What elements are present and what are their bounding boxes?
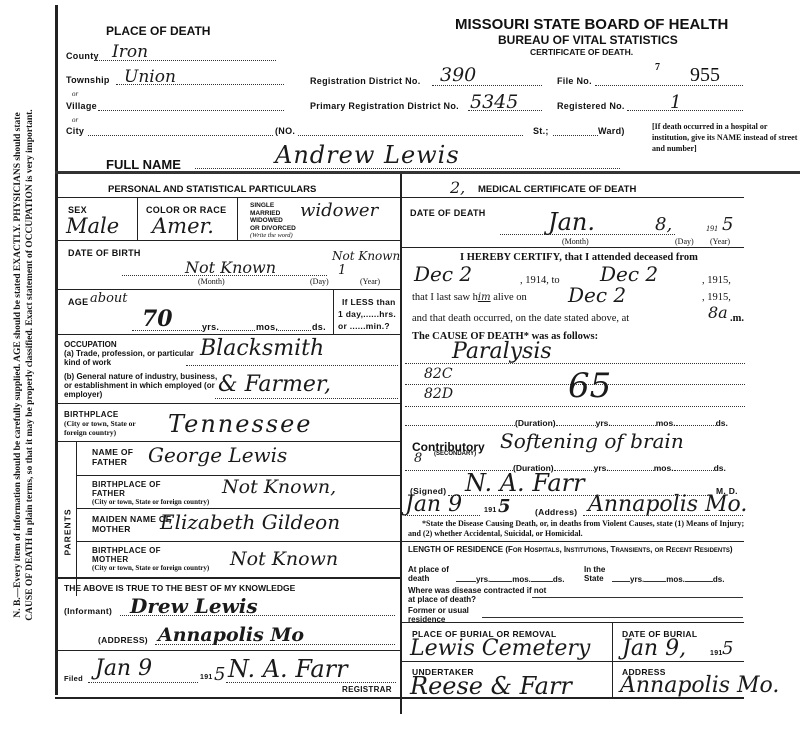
divider <box>401 622 744 623</box>
undertaker-value: Reese & Farr <box>410 672 572 700</box>
informant-label: (Informant) <box>64 606 112 616</box>
file-no-value: 955 <box>690 64 720 87</box>
full-name-label: FULL NAME <box>106 157 181 172</box>
cause-code-classification: 65 <box>568 366 611 406</box>
filed-date-value: Jan 9 <box>95 656 152 681</box>
industry-value: & Farmer, <box>218 372 331 397</box>
occupation-field <box>186 365 398 366</box>
death-year-value: 5 <box>722 214 733 235</box>
signed-year-value: 5 <box>498 496 511 517</box>
last-saw-mid: alive on <box>493 292 527 303</box>
header-certificate: CERTIFICATE OF DEATH. <box>530 47 633 57</box>
divider <box>58 577 400 579</box>
bottom-divider <box>401 697 744 699</box>
center-divider <box>400 174 402 714</box>
street-label: St.; <box>533 126 549 136</box>
attended-from-value: Dec 2 <box>414 262 472 286</box>
registered-no-value: 1 <box>670 92 681 113</box>
primary-district-value: 5345 <box>470 91 518 113</box>
father-birthplace-value: Not Known, <box>222 476 336 498</box>
race-value: Amer. <box>152 214 214 238</box>
divider <box>58 403 400 404</box>
attended-to-year: , 1915, <box>702 275 731 286</box>
burial-date-value: Jan 9, <box>622 636 686 661</box>
filed-label: Filed <box>64 674 83 683</box>
married-label: MARRIED <box>250 210 296 218</box>
informant-value: Drew Lewis <box>130 594 258 618</box>
divider <box>58 334 400 335</box>
divider <box>333 290 334 334</box>
divider <box>58 240 400 241</box>
village-field <box>98 110 284 111</box>
last-saw-prefix: that I last saw h <box>412 292 478 303</box>
day-caption: (Day) <box>310 277 329 286</box>
signed-year-prefix: 191 <box>484 507 497 514</box>
divider <box>401 541 744 542</box>
mos-label: mos. <box>666 575 685 584</box>
divider <box>58 441 400 442</box>
street-no-label: (NO. <box>275 126 295 136</box>
father-birthplace-label: BIRTHPLACE OF FATHER <box>92 481 192 498</box>
registrar-signature: N. A. Farr <box>228 655 348 683</box>
divider <box>401 197 744 198</box>
father-name-label: NAME OF FATHER <box>92 448 152 467</box>
side-instruction-note: N. B.—Every item of information should b… <box>12 15 52 715</box>
last-saw-year: , 1915, <box>702 292 731 303</box>
divider <box>77 541 400 542</box>
cause-of-death-value: Paralysis <box>452 339 552 364</box>
divider <box>58 289 400 290</box>
burial-year-value: 5 <box>722 638 733 659</box>
mos-label: mos. <box>256 322 278 332</box>
hospital-note: [If death occurred in a hospital or inst… <box>652 121 800 154</box>
occupation-a-sublabel: (a) Trade, profession, or particular kin… <box>64 349 194 367</box>
bottom-divider <box>55 697 400 699</box>
township-label: Township <box>66 75 110 85</box>
village-label: Village <box>66 101 97 111</box>
primary-district-label: Primary Registration District No. <box>310 101 459 111</box>
cause-line-1 <box>405 363 745 364</box>
dob-day-value: 1 <box>338 263 346 278</box>
mother-birthplace-label: BIRTHPLACE OF MOTHER <box>92 547 192 564</box>
burial-year-prefix: 191 <box>710 650 723 657</box>
header-subtitle: BUREAU OF VITAL STATISTICS <box>498 33 678 47</box>
age-years-value: 70 <box>142 306 173 332</box>
divider <box>401 247 744 248</box>
age-qualifier: about <box>90 291 128 306</box>
file-no-label: File No. <box>557 76 592 86</box>
father-birthplace-sublabel: (City or town, State or foreign country) <box>92 498 209 506</box>
township-value: Union <box>124 67 176 87</box>
occupation-value: Blacksmith <box>200 336 324 361</box>
month-caption: (Month) <box>198 277 225 286</box>
ds-label: ds. <box>716 418 728 428</box>
year-caption: (Year) <box>710 237 730 246</box>
write-word-note: (Write the word) <box>250 232 296 240</box>
parents-label: PARENTS <box>63 509 73 556</box>
registered-no-field <box>627 110 743 111</box>
left-border <box>55 5 58 695</box>
registrar-label: REGISTRAR <box>342 685 392 694</box>
occupation-label: OCCUPATION <box>64 340 194 349</box>
or-text: or <box>72 116 78 124</box>
physician-address-value: Annapolis Mo. <box>588 492 747 517</box>
cause-line-3 <box>405 406 745 407</box>
dob-year-value: Not Known <box>332 249 400 263</box>
cause-code-2: 82D <box>424 386 453 402</box>
if-less-than-label: If LESS than <box>342 297 396 307</box>
county-value: Iron <box>112 42 148 62</box>
certify-text: I HEREBY CERTIFY, that I attended deceas… <box>460 252 698 263</box>
mos-label: mos. <box>656 418 676 428</box>
full-name-value: Andrew Lewis <box>275 141 460 169</box>
dob-label: DATE OF BIRTH <box>68 248 141 258</box>
yrs-label: yrs. <box>594 463 609 473</box>
last-saw-line: that I last saw him alive on <box>412 292 527 303</box>
contracted-field <box>532 597 743 598</box>
yrs-label: yrs. <box>476 575 490 584</box>
side-note-line-1: N. B.—Every item of information should b… <box>12 15 24 715</box>
death-year-prefix: 191 <box>706 224 718 233</box>
day-caption: (Day) <box>675 237 694 246</box>
sex-value: Male <box>66 214 119 238</box>
physician-address-label: (Address) <box>535 507 577 517</box>
duration-label: (Duration) <box>515 418 556 428</box>
parents-divider <box>76 441 77 596</box>
registration-district-label: Registration District No. <box>310 76 421 86</box>
ds-label: ds. <box>714 463 726 473</box>
mother-birthplace-sublabel: (City or town, State or foreign country) <box>92 564 209 572</box>
dob-month-value: Not Known <box>185 258 276 277</box>
widowed-label: WIDOWED <box>250 217 296 225</box>
ward-field <box>553 135 598 136</box>
yrs-label: yrs. <box>596 418 611 428</box>
ward-label: Ward) <box>598 126 625 136</box>
personal-heading: PERSONAL AND STATISTICAL PARTICULARS <box>108 184 316 195</box>
occupation-b-label: (b) General nature of industry, business… <box>64 372 219 399</box>
divider <box>58 197 400 198</box>
age-months-field <box>220 330 255 331</box>
death-month-value: Jan. <box>548 208 595 236</box>
year-caption: (Year) <box>360 277 380 286</box>
marital-value: widower <box>300 200 378 221</box>
date-of-death-label: DATE OF DEATH <box>410 208 486 218</box>
age-label: AGE <box>68 297 88 307</box>
physician-signature: N. A. Farr <box>465 469 585 497</box>
informant-heading: THE ABOVE IS TRUE TO THE BEST OF MY KNOW… <box>64 583 295 593</box>
mos-label: mos. <box>654 463 674 473</box>
contracted-label: Where was disease contracted if not at p… <box>408 586 548 604</box>
at-place-duration: yrs.mos.ds. <box>456 575 564 584</box>
medical-section-number: 2, <box>450 178 465 197</box>
occurred-suffix: .m. <box>730 313 744 324</box>
undertaker-address-value: Annapolis Mo. <box>620 673 779 698</box>
father-name-value: George Lewis <box>148 443 287 467</box>
file-no-prefix: 7 <box>655 62 660 73</box>
marital-status-labels: SINGLE MARRIED WIDOWED OR DIVORCED (Writ… <box>250 202 296 240</box>
mos-label: mos. <box>512 575 531 584</box>
age-days-field <box>276 330 311 331</box>
industry-field <box>215 398 398 399</box>
burial-place-value: Lewis Cemetery <box>410 636 590 661</box>
ds-label: ds. <box>713 575 725 584</box>
side-note-line-2: CAUSE OF DEATH in plain terms, so that i… <box>24 15 36 715</box>
minutes-field: or ......min.? <box>338 321 390 331</box>
registered-no-label: Registered No. <box>557 101 625 111</box>
ds-label: ds. <box>553 575 565 584</box>
medical-heading: MEDICAL CERTIFICATE OF DEATH <box>478 184 636 195</box>
filed-year-prefix: 191 <box>200 674 213 681</box>
occurred-time-value: 8a <box>708 303 728 322</box>
last-saw-date-value: Dec 2 <box>568 283 626 307</box>
informant-address-label: (ADDRESS) <box>98 635 148 645</box>
or-text: or <box>72 90 78 98</box>
header-title: MISSOURI STATE BOARD OF HEALTH <box>455 16 728 33</box>
birthplace-value: Tennessee <box>168 410 313 438</box>
month-caption: (Month) <box>562 237 589 246</box>
cause-footnote: *State the Disease Causing Death, or, in… <box>408 519 746 539</box>
city-label: City <box>66 126 84 136</box>
city-field <box>88 135 273 136</box>
yrs-label: yrs. <box>202 322 219 332</box>
divorced-label: OR DIVORCED <box>250 225 296 233</box>
duration-row-1: (Duration)yrs.mos.ds. <box>405 418 728 428</box>
ds-label: ds. <box>312 322 326 332</box>
death-day-value: 8, <box>655 214 672 235</box>
mother-name-value: Elizabeth Gildeon <box>160 510 340 534</box>
contributory-value: Softening of brain <box>500 429 684 453</box>
filed-year-value: 5 <box>214 664 225 685</box>
occupation-a-label: OCCUPATION (a) Trade, profession, or par… <box>64 340 194 367</box>
filed-date-field <box>88 682 198 683</box>
single-label: SINGLE <box>250 202 296 210</box>
mother-birthplace-value: Not Known <box>230 548 338 570</box>
attended-from-year: , 1914, to <box>520 275 560 286</box>
cause-code-1: 82C <box>424 366 453 382</box>
divider <box>137 198 138 240</box>
in-state-duration: yrs.mos.ds. <box>612 575 724 584</box>
former-residence-field <box>482 617 743 618</box>
hours-field: 1 day,......hrs. <box>338 309 396 319</box>
county-label: County <box>66 51 99 61</box>
birthplace-label: BIRTHPLACE <box>64 410 119 419</box>
registration-district-value: 390 <box>440 64 476 86</box>
signed-date-value: Jan 9 <box>405 492 462 517</box>
divider <box>77 508 400 509</box>
divider <box>401 661 744 662</box>
yrs-label: yrs. <box>630 575 644 584</box>
last-saw-pronoun: im <box>478 292 491 303</box>
divider <box>237 198 238 240</box>
divider <box>58 650 400 651</box>
place-of-death-heading: PLACE OF DEATH <box>106 24 210 38</box>
residence-heading: LENGTH OF RESIDENCE (For Hospitals, Inst… <box>408 545 746 554</box>
occurred-text: and that death occurred, on the date sta… <box>412 313 629 324</box>
birthplace-sublabel: (City or town, State or foreign country) <box>64 419 159 437</box>
file-no-field <box>595 85 743 86</box>
street-field <box>298 135 523 136</box>
informant-address-value: Annapolis Mo <box>158 624 304 646</box>
secondary-label: (SECONDARY) <box>434 451 476 457</box>
